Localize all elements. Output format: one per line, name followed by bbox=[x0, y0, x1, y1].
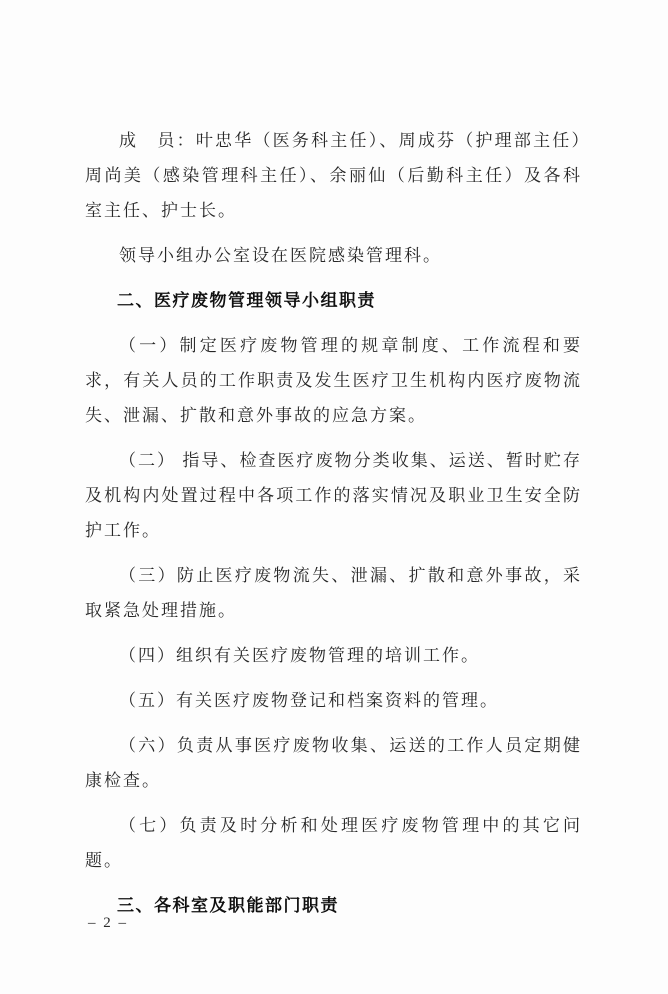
document-body: 成 员：叶忠华（医务科主任）、周成芬（护理部主任）周尚美（感染管理科主任）、余丽… bbox=[85, 123, 582, 933]
heading-section-two: 二、医疗废物管理领导小组职责 bbox=[85, 283, 582, 318]
page-number: – 2 – bbox=[88, 915, 128, 932]
paragraph-duty-1: （一）制定医疗废物管理的规章制度、工作流程和要求，有关人员的工作职责及发生医疗卫… bbox=[85, 328, 582, 433]
paragraph-duty-3: （三）防止医疗废物流失、泄漏、扩散和意外事故，采取紧急处理措施。 bbox=[85, 558, 582, 628]
paragraph-duty-2: （二） 指导、检查医疗废物分类收集、运送、暂时贮存及机构内处置过程中各项工作的落… bbox=[85, 443, 582, 548]
paragraph-duty-6: （六）负责从事医疗废物收集、运送的工作人员定期健康检查。 bbox=[85, 728, 582, 798]
paragraph-duty-5: （五）有关医疗废物登记和档案资料的管理。 bbox=[85, 683, 582, 718]
paragraph-office-location: 领导小组办公室设在医院感染管理科。 bbox=[85, 238, 582, 273]
document-page: 成 员：叶忠华（医务科主任）、周成芬（护理部主任）周尚美（感染管理科主任）、余丽… bbox=[0, 0, 668, 994]
heading-section-three: 三、各科室及职能部门职责 bbox=[85, 888, 582, 923]
paragraph-duty-7: （七）负责及时分析和处理医疗废物管理中的其它问题。 bbox=[85, 808, 582, 878]
paragraph-duty-4: （四）组织有关医疗废物管理的培训工作。 bbox=[85, 638, 582, 673]
paragraph-members: 成 员：叶忠华（医务科主任）、周成芬（护理部主任）周尚美（感染管理科主任）、余丽… bbox=[85, 123, 582, 228]
